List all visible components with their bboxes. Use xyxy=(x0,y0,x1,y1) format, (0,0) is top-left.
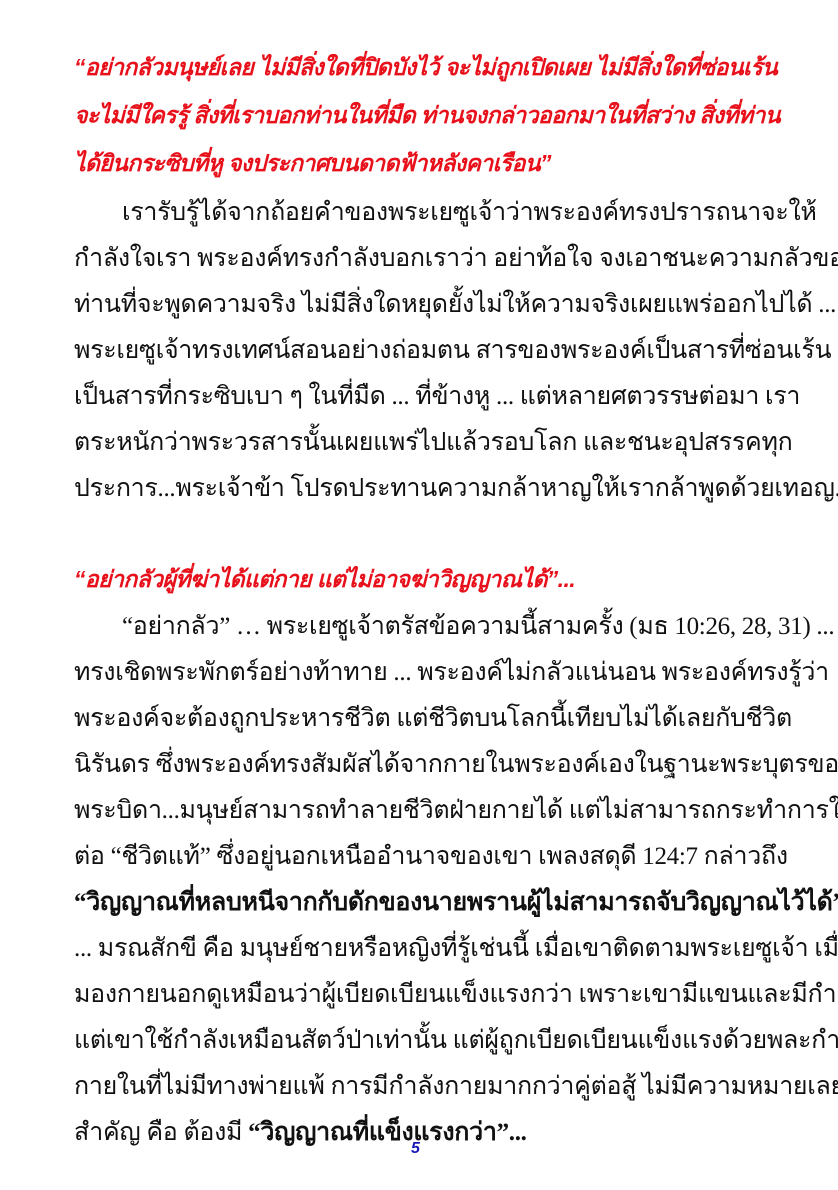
paragraph-2-line-5: พระบิดา...มนุษย์สามารถทำลายชีวิตฝ่ายกายไ… xyxy=(74,794,774,828)
opening-quote-line-2: จะไม่มีใครรู้ สิ่งที่เราบอกท่านในที่มืด … xyxy=(74,98,774,132)
paragraph-2-line-12: สำคัญ คือ ต้องมี “วิญญาณที่แข็งแรงกว่า”.… xyxy=(74,1116,774,1150)
stronger-spirit-phrase: “วิญญาณที่แข็งแรงกว่า”... xyxy=(248,1119,526,1146)
paragraph-1-line-3: ท่านที่จะพูดความจริง ไม่มีสิ่งใดหยุดยั้ง… xyxy=(74,288,774,322)
paragraph-1-line-4: พระเยซูเจ้าทรงเทศน์สอนอย่างถ่อมตน สารของ… xyxy=(74,334,774,368)
paragraph-1-line-7: ประการ...พระเจ้าข้า โปรดประทานความกล้าหา… xyxy=(74,472,774,506)
paragraph-1-line-2: กำลังใจเรา พระองค์ทรงกำลังบอกเราว่า อย่า… xyxy=(74,242,774,276)
psalm-quote-bold: “วิญญาณที่หลบหนีจากกับดักของนายพรานผู้ไม… xyxy=(74,886,774,920)
last-line-text: สำคัญ คือ ต้องมี xyxy=(74,1119,248,1146)
document-page: “อย่ากลัวมนุษย์เลย ไม่มีสิ่งใดที่ปิดบังไ… xyxy=(0,0,838,1190)
paragraph-2-line-9: มองกายนอกดูเหมือนว่าผู้เบียดเบียนแข็งแรง… xyxy=(74,978,774,1012)
paragraph-2-line-10: แต่เขาใช้กำลังเหมือนสัตว์ป่าเท่านั้น แต่… xyxy=(74,1024,774,1058)
paragraph-1-line-6: ตระหนักว่าพระวรสารนั้นเผยแพร่ไปแล้วรอบโล… xyxy=(74,426,774,460)
paragraph-1-line-1: เรารับรู้ได้จากถ้อยคำของพระเยซูเจ้าว่าพร… xyxy=(122,196,822,230)
section-2-heading: “อย่ากลัวผู้ที่ฆ่าได้แต่กาย แต่ไม่อาจฆ่า… xyxy=(74,562,774,596)
opening-quote-line-3: ได้ยินกระซิบที่หู จงประกาศบนดาดฟ้าหลังคา… xyxy=(74,146,774,180)
opening-quote-line-1: “อย่ากลัวมนุษย์เลย ไม่มีสิ่งใดที่ปิดบังไ… xyxy=(74,50,774,84)
paragraph-2-line-4: นิรันดร ซึ่งพระองค์ทรงสัมผัสได้จากกายในพ… xyxy=(74,748,774,782)
paragraph-2-line-1: “อย่ากลัว” … พระเยซูเจ้าตรัสข้อความนี้สา… xyxy=(122,610,822,644)
paragraph-2-line-11: กายในที่ไม่มีทางพ่ายแพ้ การมีกำลังกายมาก… xyxy=(74,1070,774,1104)
paragraph-1-line-5: เป็นสารที่กระซิบเบา ๆ ในที่มืด ... ที่ข้… xyxy=(74,380,774,414)
paragraph-2-line-3: พระองค์จะต้องถูกประหารชีวิต แต่ชีวิตบนโล… xyxy=(74,702,774,736)
paragraph-2-line-8: ... มรณสักขี คือ มนุษย์ชายหรือหญิงที่รู้… xyxy=(74,932,774,966)
paragraph-2-line-2: ทรงเชิดพระพักตร์อย่างท้าทาย ... พระองค์ไ… xyxy=(74,656,774,690)
page-number: 5 xyxy=(411,1140,420,1158)
paragraph-2-line-6: ต่อ “ชีวิตแท้” ซึ่งอยู่นอกเหนืออำนาจของเ… xyxy=(74,840,774,874)
